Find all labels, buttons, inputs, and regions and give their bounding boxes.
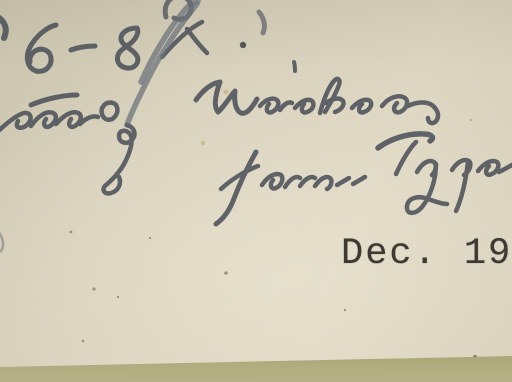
ink-stroke (56, 112, 81, 127)
ink-stroke (478, 161, 498, 175)
ink-stroke (456, 162, 468, 211)
ink-stroke (27, 25, 56, 71)
ink-stroke (295, 100, 313, 113)
ink-stroke (262, 174, 282, 188)
ink-stroke (31, 112, 56, 127)
handwriting-line-2 (0, 4, 438, 193)
ink-stroke (300, 177, 315, 186)
ink-stroke (417, 161, 436, 175)
ink-dot (240, 42, 246, 48)
ink-stroke (260, 99, 278, 113)
typed-date: Dec.19 (341, 234, 512, 274)
handwriting-line-3 (216, 134, 512, 224)
ink-stroke (117, 28, 137, 68)
paper-speckles (70, 90, 477, 359)
ink-stroke (0, 17, 6, 38)
ink-stroke (499, 164, 512, 172)
ink-stroke (353, 177, 365, 184)
handwriting-layer (0, 0, 512, 382)
ink-stroke (0, 113, 31, 133)
ink-stroke (407, 164, 447, 213)
ink-stroke (337, 178, 349, 185)
ink-dot (294, 62, 295, 71)
ink-stroke (396, 142, 416, 174)
ink-stroke (382, 96, 407, 112)
ink-stroke (187, 29, 207, 53)
ink-stroke (71, 46, 95, 50)
ink-stroke (280, 102, 292, 110)
ink-stroke (285, 177, 300, 187)
ink-stroke (259, 12, 264, 33)
ink-stroke (31, 95, 77, 105)
ink-stroke (104, 125, 135, 193)
ink-stroke (320, 79, 340, 113)
typed-date-month: Dec. (341, 233, 438, 275)
ink-stroke (196, 82, 257, 113)
ink-stroke (352, 100, 371, 113)
ink-stroke (408, 102, 438, 123)
ink-stroke (102, 103, 118, 120)
ink-stroke (315, 177, 331, 189)
ink-stroke (378, 134, 432, 148)
typed-date-day: 19 (464, 233, 512, 275)
ink-stroke (0, 231, 3, 251)
photograph-of-note: Dec.19 (0, 0, 512, 382)
